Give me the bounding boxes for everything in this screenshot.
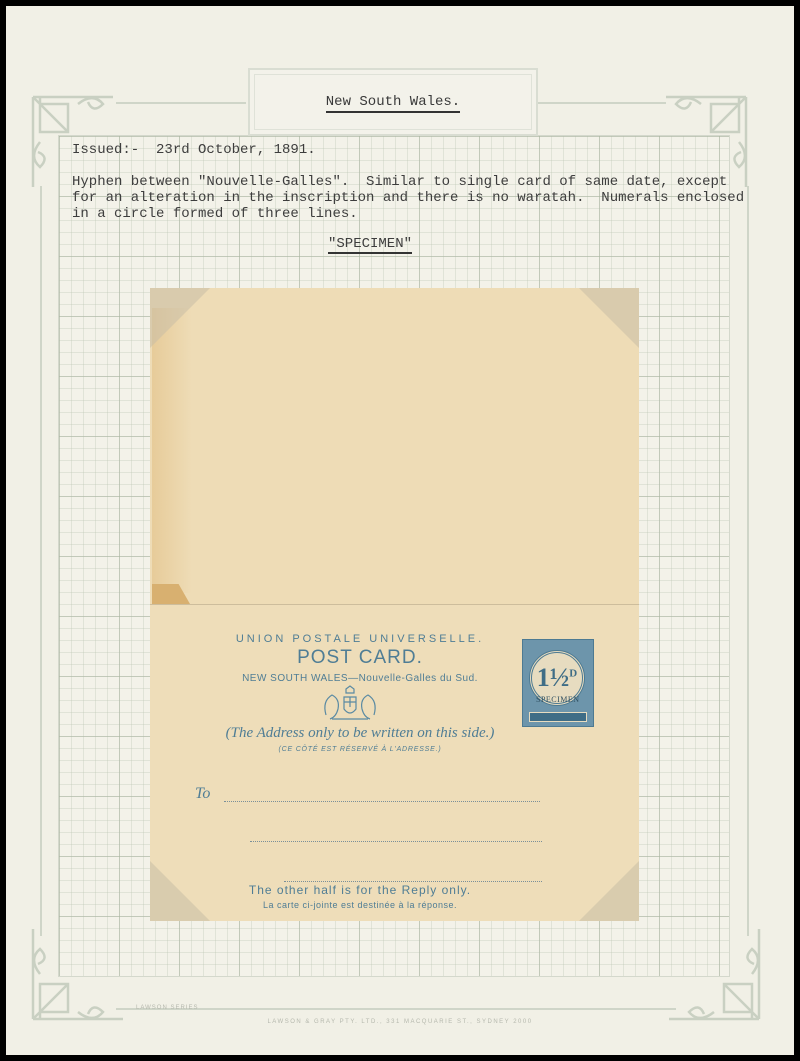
imprinted-stamp: 1½D SPECIMEN bbox=[522, 639, 594, 727]
address-instruction-fr: (CE CÔTÉ EST RÉSERVÉ À L'ADRESSE.) bbox=[150, 746, 570, 753]
reply-note-fr: La carte ci-jointe est destinée à la rép… bbox=[150, 900, 570, 910]
specimen-label: "SPECIMEN" bbox=[328, 236, 412, 252]
mount-corner bbox=[579, 861, 639, 921]
corner-ornament-bottom-left-icon bbox=[28, 924, 128, 1024]
message-half: UNION POSTALE UNIVERSELLE. POST CARD. NE… bbox=[150, 604, 639, 921]
description-line-1: Hyphen between "Nouvelle-Galles". Simila… bbox=[72, 174, 727, 190]
page-title: New South Wales. bbox=[250, 94, 536, 110]
description-line-2: for an alteration in the inscription and… bbox=[72, 190, 744, 206]
country-line: NEW SOUTH WALES—Nouvelle-Galles du Sud. bbox=[150, 673, 570, 684]
reply-half bbox=[150, 288, 639, 604]
frame-line-top bbox=[116, 102, 246, 104]
reply-note: The other half is for the Reply only. bbox=[150, 883, 570, 897]
frame-line-bottom bbox=[116, 1008, 676, 1010]
title-box: New South Wales. bbox=[248, 68, 538, 136]
address-line-2 bbox=[250, 841, 542, 842]
frame-line-right bbox=[747, 186, 749, 936]
mount-corner bbox=[579, 288, 639, 348]
address-line-1 bbox=[224, 801, 540, 802]
postal-card: UNION POSTALE UNIVERSELLE. POST CARD. NE… bbox=[150, 288, 639, 920]
to-label: To bbox=[195, 785, 210, 803]
publisher-line: LAWSON & GRAY PTY. LTD., 331 MACQUARIE S… bbox=[0, 1019, 800, 1025]
address-line-3 bbox=[284, 881, 542, 882]
album-page: New South Wales. Issued:- 23rd October, … bbox=[6, 6, 794, 1055]
upu-heading: UNION POSTALE UNIVERSELLE. bbox=[150, 633, 570, 645]
description-line-3: in a circle formed of three lines. bbox=[72, 206, 358, 222]
address-instruction: (The Address only to be written on this … bbox=[150, 725, 570, 742]
stamp-value: 1½D bbox=[532, 663, 582, 693]
series-label: LAWSON SERIES bbox=[136, 1005, 198, 1011]
specimen-overprint: SPECIMEN bbox=[536, 695, 578, 704]
frame-line-left bbox=[40, 186, 42, 936]
postcard-title: POST CARD. bbox=[150, 647, 570, 669]
frame-line-top-right bbox=[536, 102, 666, 104]
issued-date: Issued:- 23rd October, 1891. bbox=[72, 142, 316, 158]
coat-of-arms-icon bbox=[318, 685, 382, 723]
corner-ornament-bottom-right-icon bbox=[664, 924, 764, 1024]
